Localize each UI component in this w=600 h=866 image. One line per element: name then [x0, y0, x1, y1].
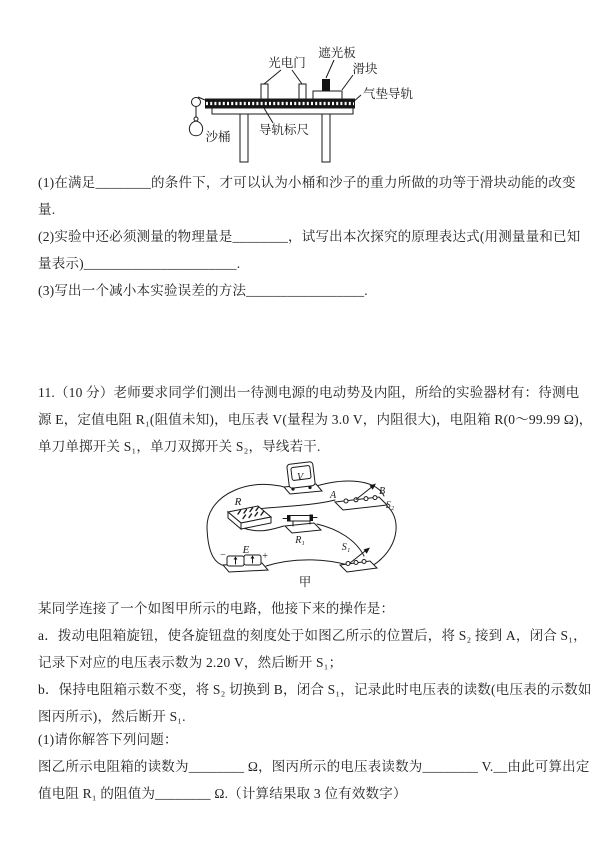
question-10-line-3: (2)实验中还必须测量的物理量是________，试写出本次探究的原理表达式(用…	[38, 228, 583, 245]
question-10-line-5: (3)写出一个减小本实验误差的方法_________________.	[38, 282, 583, 299]
track-leg-right	[322, 114, 330, 162]
slider-block	[313, 91, 342, 99]
shutter-label: 遮光板	[318, 45, 356, 60]
air-track-diagram: 光电门 遮光板 滑块 气垫导轨 导轨标尺 沙桶	[185, 42, 430, 174]
battery-label: E	[242, 544, 250, 556]
terminal-a-label: A	[329, 490, 337, 501]
pulley	[192, 97, 206, 107]
question-11-ops-line-2: a．拨动电阻箱旋钮，使各旋钮盘的刻度处于如图乙所示的位置后，将 S₂ 接到 A，…	[38, 627, 583, 644]
question-11-sub-line-2: 图乙所示电阻箱的读数为________ Ω，图丙所示的电压表读数为_______…	[38, 758, 583, 775]
circuit-diagram: V A B S₂ R R₁ E − + S₁ 甲	[198, 456, 423, 594]
switch-s2-label: S₂	[386, 500, 395, 511]
switch-s1-label: S₁	[342, 542, 350, 553]
question-10-line-1: (1)在满足________的条件下，才可以认为小桶和沙子的重力所做的功等于滑块…	[38, 174, 583, 191]
question-11-stem-line-3: 单刀单掷开关 S₁，单刀双掷开关 S₂，导线若干.	[38, 438, 583, 455]
question-11-ops-line-3: 记录下对应的电压表示数为 2.20 V，然后断开 S₁；	[38, 654, 583, 671]
photogate-left	[261, 84, 268, 99]
question-11-stem-line-2: 源 E，定值电阻 R₁(阻值未知)，电压表 V(量程为 3.0 V，内阻很大)，…	[38, 411, 583, 428]
fixed-resistor-r1	[283, 515, 321, 534]
photogate-label: 光电门	[268, 55, 306, 70]
air-track-label: 气垫导轨	[363, 86, 414, 101]
question-11-ops-line-1: 某同学连接了一个如图甲所示的电路，他接下来的操作是：	[38, 600, 583, 617]
question-10-line-2: 量.	[38, 201, 583, 218]
track-ruler-label: 导轨标尺	[259, 122, 309, 137]
slider-label: 滑块	[352, 61, 378, 76]
figure-jia-label: 甲	[299, 575, 312, 589]
track-rail	[212, 108, 353, 114]
track-leg-left	[240, 114, 248, 162]
question-11-ops-line-5: 图丙所示)，然后断开 S₁.	[38, 708, 583, 725]
terminal-b-label: B	[379, 486, 385, 497]
question-10-line-4: 量表示)______________________.	[38, 255, 583, 272]
question-11-stem-line-1: 11.（10 分）老师要求同学们测出一待测电源的电动势及内阻，所给的实验器材有：…	[38, 384, 583, 401]
battery-minus-label: −	[220, 550, 227, 561]
question-11-sub-line-1: (1)请你解答下列问题：	[38, 731, 583, 748]
sand-bucket	[189, 117, 202, 136]
photogate-right	[299, 84, 306, 99]
resistance-box	[228, 506, 271, 529]
resistance-box-label: R	[234, 496, 242, 508]
air-track-band	[205, 99, 355, 108]
question-11-sub-line-3: 值电阻 R₁ 的阻值为________ Ω.（计算结果取 3 位有效数字）	[38, 785, 583, 802]
battery-plus-label: +	[262, 551, 269, 562]
sand-bucket-label: 沙桶	[205, 129, 230, 144]
fixed-resistor-label: R₁	[294, 535, 305, 546]
exam-paper-page: 光电门 遮光板 滑块 气垫导轨 导轨标尺 沙桶 (1)在满足________的条…	[0, 0, 600, 866]
question-11-ops-line-4: b．保持电阻箱示数不变，将 S₂ 切换到 B，闭合 S₁，记录此时电压表的读数(…	[38, 681, 583, 698]
shutter-flag	[322, 79, 330, 91]
